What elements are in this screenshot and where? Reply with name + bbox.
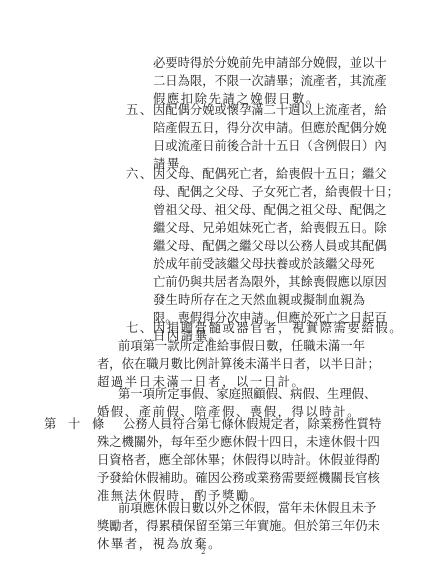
text-line: 六、 bbox=[126, 166, 154, 182]
article-label: 十 bbox=[68, 416, 82, 432]
text-line: 於成年前受該繼父母扶養或於該繼父母死 bbox=[153, 256, 365, 272]
text-line: 因父母、配偶死亡者，給喪假十五日；繼父 bbox=[153, 166, 365, 182]
text-line: 母、配偶之父母、子女死亡者，給喪假十日； bbox=[153, 184, 365, 200]
text-line: 公務人員符合第七條休假規定者，除業務性質特 bbox=[123, 416, 365, 432]
text-line: 七、 bbox=[126, 320, 154, 336]
article-label: 第 bbox=[44, 416, 58, 432]
text-line: 日資格者，應全部休畢；休假得以時計。休假並得酌 bbox=[97, 452, 365, 468]
text-line: 繼父母、配偶之繼父母以公務人員或其配偶 bbox=[153, 238, 365, 254]
text-line: 獎勵者，得累積保留至第三年實施。但於第三年仍未 bbox=[97, 518, 365, 534]
text-line: 發生時所存在之天然血親或擬制血親為 bbox=[153, 292, 365, 308]
text-line: 陪產假五日，得分次申請。但應於配偶分娩 bbox=[153, 120, 365, 136]
article-label: 條 bbox=[92, 416, 106, 432]
text-line: 因捐贈骨髓或器官者，視實際需要給假。 bbox=[153, 320, 403, 336]
text-line: 第一項所定事假、家庭照顧假、病假、生理假、 bbox=[118, 386, 365, 402]
text-line: 曾祖父母、祖父母、配偶之祖父母、配偶之 bbox=[153, 202, 365, 218]
text-line: 殊之機關外，每年至少應休假十四日，未達休假十四 bbox=[97, 434, 365, 450]
text-line: 必要時得於分娩前先申請部分娩假，並以十 bbox=[153, 55, 365, 71]
text-line: 前項第一款所定准給事假日數，任職未滿一年 bbox=[118, 338, 365, 354]
text-line: 繼父母、兄弟姐妹死亡者，給喪假五日。除 bbox=[153, 220, 365, 236]
text-line: 者，依在職月數比例計算後未滿半日者，以半日計； bbox=[97, 356, 365, 372]
text-line: 日或流產日前後合計十五日（含例假日）內 bbox=[153, 138, 365, 154]
text-line: 亡前仍與共居者為限外，其餘喪假應以原因 bbox=[153, 274, 365, 290]
text-line: 前項應休假日數以外之休假，當年未休假且未予 bbox=[118, 500, 365, 516]
document-page: 必要時得於分娩前先申請部分娩假，並以十二日為限，不限一次請畢；流產者，其流產假應… bbox=[0, 0, 422, 587]
text-line: 五、 bbox=[126, 102, 154, 118]
text-line: 予發給休假補助。確因公務或業務需要經機關長官核 bbox=[97, 470, 365, 486]
page-number: 2 bbox=[201, 548, 205, 556]
text-line: 因配偶分娩或懷孕滿二十週以上流產者，給 bbox=[153, 102, 365, 118]
text-line: 二日為限，不限一次請畢；流產者，其流產 bbox=[153, 73, 365, 89]
